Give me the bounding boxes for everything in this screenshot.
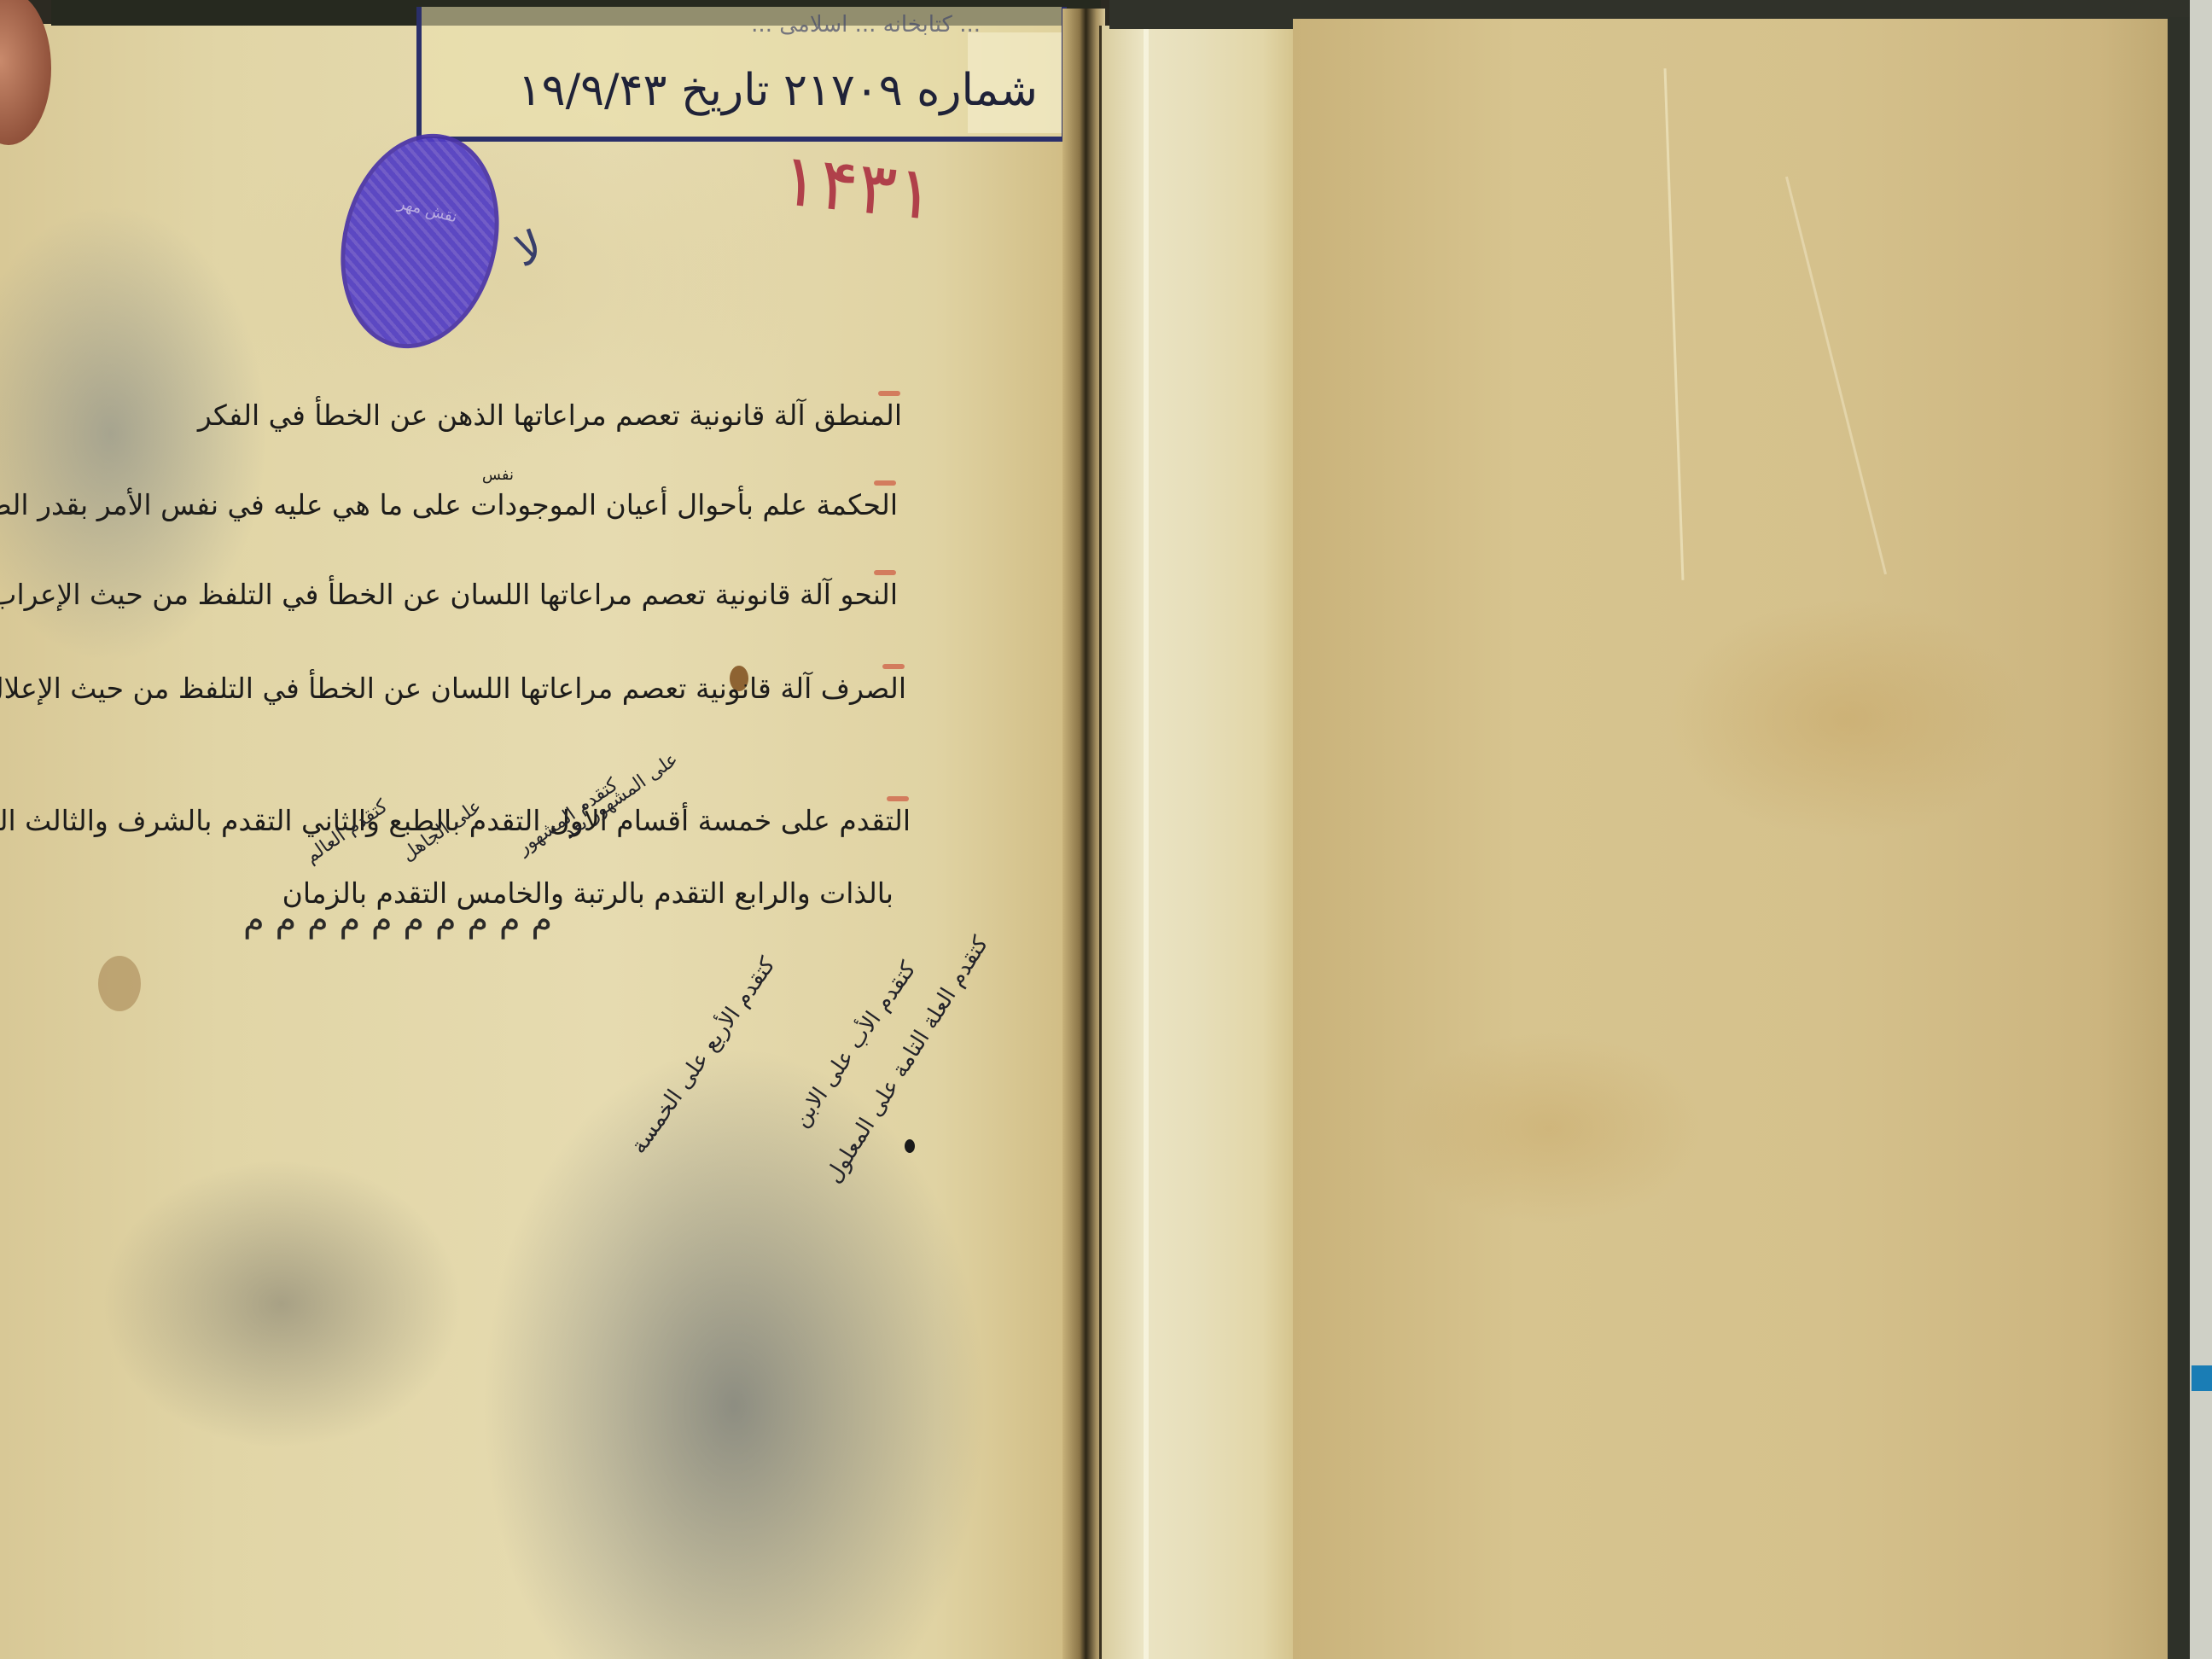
seal-text: نقش مهر [367,187,487,235]
stamp-number-date-line: شماره ۲۱۷۰۹ تاریخ ۱۹/۹/۴۳ [518,65,1038,116]
superscript-note: نفس [482,468,514,483]
paper-stain [98,956,141,1011]
manuscript-line-morphology: الصرف آلة قانونية تعصم مراعاتها اللسان ع… [0,674,906,702]
spine-fold-highlight [1144,26,1149,1659]
manuscript-line-logic: المنطق آلة قانونية تعصم مراعاتها الذهن ع… [198,401,902,429]
manuscript-line-wisdom: الحكمة علم بأحوال أعيان الموجودات على ما… [0,491,898,519]
library-stamp-box: ... کتابخانه ... اسلامی ... شماره ۲۱۷۰۹ … [416,7,1067,142]
stamp-header-text: ... کتابخانه ... اسلامی ... [751,12,981,38]
shelf-number: ۱۴۳۱ [777,137,939,236]
trailing-marks: م م م م م م م م م م [243,900,552,940]
background-strip [2190,0,2212,1659]
cover-right-border [2168,17,2190,1659]
right-cover-board [1293,19,2189,1659]
spine-flap [1099,26,1302,1659]
blue-tab [2192,1365,2212,1391]
ink-dot [905,1139,915,1153]
manuscript-line-grammar: النحو آلة قانونية تعصم مراعاتها اللسان ع… [0,580,898,608]
